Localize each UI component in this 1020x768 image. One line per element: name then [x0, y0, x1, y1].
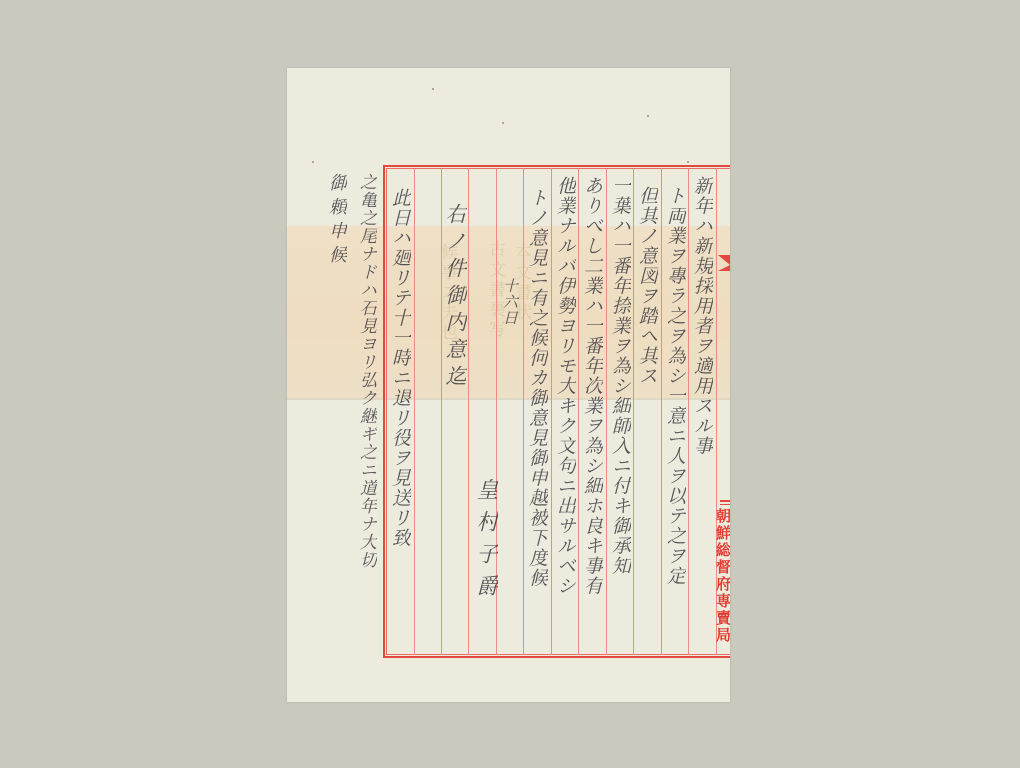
- stationery-header: 朝鮮総督府専賣局: [718, 508, 730, 644]
- letter-postscript: 之亀之尾ナドハ石見ヨリ弘ク継ギ之ニ道年ナ大切: [355, 173, 377, 643]
- column-rule: [688, 168, 689, 655]
- column-rule: [606, 168, 607, 655]
- letter-postscript: 御頼申候: [325, 173, 347, 313]
- letter-line: 右ノ件御内意迄: [444, 203, 466, 423]
- letter-line: 此日ハ廻リテ十一時ニ退リ役ヲ見送リ致: [389, 188, 411, 648]
- letter-line: 一葉ハ一番年捺業ヲ為シ細師入ニ付キ御承知: [609, 176, 631, 656]
- letter-signature: 皇村子爵: [473, 478, 497, 648]
- header-rule: [720, 500, 730, 502]
- paper-speck: [647, 115, 649, 117]
- letter-line: 新年ハ新規採用者ヲ適用スル事: [691, 176, 713, 616]
- letter-line: 但其ノ意図ヲ踏ヘ其ス: [636, 186, 658, 386]
- letter-line: トノ意見ニ有之候何カ御意見御申越被下度候: [526, 188, 548, 648]
- paper-speck: [312, 161, 314, 163]
- paper-speck: [687, 161, 689, 163]
- letter-date: 十六日: [499, 278, 521, 348]
- column-rule: [441, 168, 442, 655]
- letter-line: 他業ナルバ伊勢ヨリモ大キク文句ニ出サルベシ: [554, 176, 576, 656]
- column-rule: [661, 168, 662, 655]
- column-rule: [551, 168, 552, 655]
- column-rule: [414, 168, 415, 655]
- paper-speck: [432, 88, 434, 90]
- column-rule: [633, 168, 634, 655]
- letter-line: ありべし二業ハ一番年次業ヲ為シ細ホ良キ事有: [581, 176, 603, 666]
- column-rule: [468, 168, 469, 655]
- letter-paper: 古文書裏写 本文書状 候事ス夫也 朝鮮総督府専賣局 新年ハ新規採用者ヲ適用スル事…: [287, 68, 730, 702]
- column-rule: [578, 168, 579, 655]
- letter-line: ト両業ヲ專ラ之ヲ為シ一意ニ人ヲ以テ之ヲ定: [664, 186, 686, 656]
- fold-mark-red: [718, 255, 730, 271]
- column-rule: [523, 168, 524, 655]
- paper-speck: [502, 122, 504, 124]
- header-rule: [720, 504, 730, 505]
